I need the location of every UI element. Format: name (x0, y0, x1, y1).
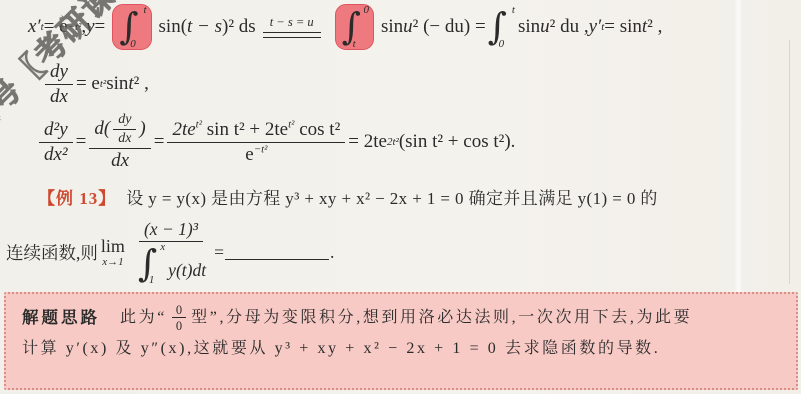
sin-u2-du-pre: sin (518, 16, 540, 38)
substitution-label: t − s = u (263, 16, 321, 32)
example-13-statement: 【例 13】设 y = y(x) 是由方程 y³ + xy + x² − 2x … (38, 184, 798, 209)
inner-numerator: dy (113, 112, 136, 130)
frac-denominator: e−t² (240, 143, 272, 166)
term-sin: sin t² + 2te (202, 119, 288, 140)
integral-3-lower-limit: 0 (499, 38, 505, 50)
example-13-limit-line: 连续函数,则 lim x→1 (x − 1)³ ∫x1y(t)dt = . (6, 212, 334, 292)
equals-4: = (214, 242, 224, 263)
eq-e2: = e (76, 73, 100, 95)
result-tail: (sin t² + cos t²). (399, 131, 516, 153)
hint-text-3: 计算 y′(x) 及 y″(x),这就要从 y³ + xy + x² − 2x … (22, 334, 660, 364)
integral-sign-3: ∫t0 (488, 6, 507, 48)
frac-numerator: d²y (39, 119, 73, 143)
scan-edge-line (789, 40, 790, 284)
frac-numerator: (x − 1)³ (139, 219, 203, 241)
frac-denominator: 0 (171, 318, 187, 333)
continuous-function-text: 连续函数,则 (6, 240, 98, 265)
sin-open: sin( (159, 16, 188, 38)
integral-4-upper-limit: x (160, 241, 165, 254)
integral-sign-4: ∫x1 (138, 243, 157, 285)
integrand-y-t-dt: y(t)dt (168, 260, 206, 280)
formula-line-3: d²y dx² = d(dydx) dx = 2tet² sin t² + 2t… (36, 106, 515, 178)
scanned-page-background: 众号【考研课程】 x′t = e−t² , y = ∫t0 sin(t − s)… (0, 0, 801, 394)
fraction-limit: (x − 1)³ ∫x1y(t)dt (131, 219, 211, 284)
squared-comma: ² , (647, 16, 662, 38)
integral-2-upper-limit: 0 (363, 4, 369, 16)
example-13-label: 【例 13】 (38, 189, 116, 208)
sin-close-ds: )² ds (222, 16, 256, 38)
integral-2-lower-limit: t (353, 38, 356, 50)
frac-denominator: dx (45, 85, 73, 108)
sin-word: sin (106, 73, 128, 95)
frac-numerator: d(dydx) (89, 112, 150, 149)
hint-text-1: 此为“ (120, 303, 167, 333)
sin-u2-pre: sin (381, 16, 403, 38)
frac-numerator: 0 (172, 303, 186, 318)
equals-1: = (76, 131, 87, 153)
eq-sin: = sin (604, 16, 642, 38)
sin-u2-post: ² (− du) = (413, 16, 486, 38)
exp-neg-t2-den: −t² (254, 143, 268, 155)
hint-row-1: 解题思路 此为“ 0 0 型”,分母为变限积分,想到用洛必达法则,一次次用下去,… (22, 303, 782, 334)
integral-sign-1: ∫t0 (119, 6, 138, 48)
frac-numerator: 2tet² sin t² + 2tet² cos t² (167, 119, 345, 143)
formula-line-1: x′t = e−t² , y = ∫t0 sin(t − s)² ds t − … (28, 3, 662, 51)
frac-denominator: ∫x1y(t)dt (131, 242, 211, 285)
fraction-nested: d(dydx) dx (89, 112, 150, 172)
integral-1-lower-limit: 0 (130, 38, 136, 50)
fraction-inner-dy-dx: dydx (113, 112, 136, 147)
var-u2: u (540, 16, 550, 38)
var-u: u (403, 16, 413, 38)
highlight-pill-1: ∫t0 (112, 4, 151, 50)
example-13-body: 设 y = y(x) 是由方程 y³ + xy + x² − 2x + 1 = … (126, 189, 658, 208)
var-t-minus-s: t − s (187, 16, 222, 38)
term-2te: 2te (172, 119, 195, 140)
sin-u2-du-post: ² du , (550, 16, 589, 38)
hint-text-2: 型”,分母为变限积分,想到用洛必达法则,一次次用下去,为此要 (191, 303, 692, 333)
integral-sign-2: ∫0t (342, 6, 361, 48)
frac-denominator: dx (106, 149, 134, 172)
hint-row-2: 计算 y′(x) 及 y″(x),这就要从 y³ + xy + x² − 2x … (22, 334, 782, 364)
squared-comma-2: ² , (134, 73, 149, 95)
period: . (330, 242, 334, 263)
solution-hint-box: 解题思路 此为“ 0 0 型”,分母为变限积分,想到用洛必达法则,一次次用下去,… (4, 292, 798, 390)
integral-3-upper-limit: t (512, 4, 515, 16)
term-cos: cos t² (294, 119, 340, 140)
den-e: e (245, 144, 253, 165)
hint-label: 解题思路 (22, 303, 100, 333)
lim-subscript: x→1 (102, 257, 123, 268)
answer-blank-underline (225, 244, 329, 260)
equals-2: = (154, 131, 165, 153)
inner-denominator: dx (113, 130, 136, 147)
integral-glyph: ∫ (342, 5, 361, 48)
frac-denominator: dx² (39, 143, 73, 166)
lim-word: lim (101, 237, 125, 255)
highlight-pill-2: ∫0t (335, 4, 374, 50)
close-paren: ) (139, 118, 145, 139)
equals-3: = 2te (348, 131, 387, 153)
limit-operator: lim x→1 (101, 237, 125, 268)
integral-1-upper-limit: t (143, 4, 146, 16)
fraction-big: 2tet² sin t² + 2tet² cos t² e−t² (167, 119, 345, 166)
substitution-equals: t − s = u (263, 16, 321, 38)
fraction-d2y-dx2: d²y dx² (39, 119, 73, 166)
double-rule (263, 32, 321, 38)
fraction-zero-over-zero: 0 0 (171, 303, 187, 334)
integral-4-lower-limit: 1 (149, 274, 155, 287)
var-y-prime: y′ (589, 16, 602, 38)
d-open-paren: d( (94, 118, 110, 139)
scan-crease (734, 0, 743, 298)
